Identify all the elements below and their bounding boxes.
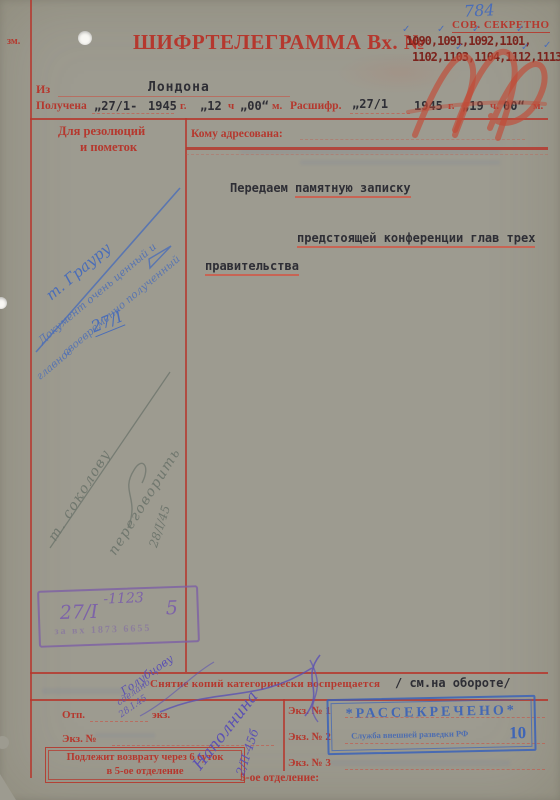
scanned-telegram-page: зм. 784 СОВ. СЕКРЕТНО ШИФРТЕЛЕГРАММА Вх.… bbox=[0, 0, 560, 800]
resolution-text-3: главное bbox=[34, 345, 75, 382]
declassified-stamp: *РАССЕКРЕЧЕНО* Служба внешней разведки Р… bbox=[326, 695, 536, 755]
min-suffix-2: м. bbox=[533, 100, 543, 112]
check-icon: ✓ bbox=[521, 42, 529, 53]
addressee-rule bbox=[186, 147, 548, 150]
handwritten-reg-number: 784 bbox=[464, 0, 495, 21]
copy-3-label: Экз. № 3 bbox=[288, 757, 331, 769]
incoming-numbers-line1: 1090,1091,1092,1101, bbox=[406, 34, 531, 48]
hole-punch bbox=[78, 31, 92, 45]
message-line3: правительства bbox=[205, 259, 299, 276]
pencil-note-date: 28/I/45 bbox=[146, 504, 173, 550]
check-icon: ✓ bbox=[402, 24, 410, 35]
paper-notch bbox=[0, 736, 9, 749]
header-rule bbox=[30, 118, 548, 120]
check-icon: ✓ bbox=[543, 40, 551, 51]
min-suffix-1: м. bbox=[272, 100, 282, 112]
secrecy-stamp-label: СОВ. СЕКРЕТНО bbox=[452, 19, 550, 33]
deciphered-date-line bbox=[350, 112, 410, 114]
resolution-date: 27/I bbox=[88, 307, 125, 338]
resolutions-header-line2: и пометок bbox=[80, 140, 137, 155]
year-suffix-1: г. bbox=[180, 100, 187, 112]
deciphered-date: „27/1 bbox=[352, 97, 388, 111]
return-instruction-line2: в 5-ое отделение bbox=[46, 765, 244, 779]
printed-copies-line bbox=[90, 720, 148, 722]
copy-1-label: Экз. № 1 bbox=[288, 705, 331, 717]
registration-stamp-faint-text: за вх 1873 6655 bbox=[54, 623, 151, 637]
check-icon: ✓ bbox=[472, 24, 480, 35]
message-line1: Передаем памятную записку bbox=[230, 181, 411, 195]
bleedthrough-smudge bbox=[330, 760, 510, 766]
registration-stamp-number: -1123 bbox=[103, 590, 144, 607]
message-line2: предстоящей конференции глав трех bbox=[297, 231, 535, 248]
hour-suffix-2: ч. bbox=[490, 100, 499, 112]
resolutions-header-line1: Для резолюций bbox=[58, 124, 145, 139]
copy-number-label: Экз. № bbox=[62, 733, 97, 745]
year-suffix-2: г. bbox=[448, 100, 455, 112]
pencil-note-addressee: т. соколову bbox=[45, 446, 114, 544]
received-date: „27/1- bbox=[94, 99, 137, 113]
incoming-numbers-line2: 1102,1103,1104,1112,1113 bbox=[412, 50, 560, 64]
addressee-value-line bbox=[300, 138, 525, 140]
deciphered-year: 1945 bbox=[414, 99, 443, 113]
addressee-label: Кому адресована: bbox=[191, 128, 283, 140]
footer-divider-rule bbox=[283, 699, 285, 771]
bleedthrough-smudge bbox=[95, 733, 155, 738]
received-hour: „12 bbox=[200, 99, 222, 113]
registration-stamp-copy: 5 bbox=[165, 597, 178, 619]
addressee-rule-2 bbox=[186, 153, 548, 155]
printed-copies-label: Отп. bbox=[62, 709, 85, 721]
deciphered-label: Расшифр. bbox=[290, 100, 341, 112]
check-icon: ✓ bbox=[516, 24, 524, 35]
hour-suffix-1: ч bbox=[228, 100, 234, 112]
bleedthrough-smudge bbox=[300, 160, 500, 165]
no-copies-warning: Снятие копий категорически воспрещается bbox=[150, 678, 380, 690]
declassified-stamp-number: 10 bbox=[509, 723, 526, 743]
from-value: Лондона bbox=[148, 80, 210, 95]
registration-stamp-date: 27/I bbox=[59, 601, 98, 624]
hole-punch bbox=[0, 297, 7, 309]
check-icon: ✓ bbox=[437, 24, 445, 35]
received-label: Получена bbox=[36, 100, 87, 112]
pencil-note-text: переговорить bbox=[105, 445, 184, 558]
registration-stamp: -1123 27/I 5 за вх 1873 6655 bbox=[37, 585, 200, 648]
footer-top-rule bbox=[30, 672, 548, 674]
copy-2-label: Экз. № 2 bbox=[288, 731, 331, 743]
received-year: 1945 bbox=[148, 99, 177, 113]
message-line1-underlined: памятную записку bbox=[295, 181, 411, 198]
received-min: „00“ bbox=[240, 99, 269, 113]
paper-corner bbox=[0, 774, 16, 800]
corner-note: зм. bbox=[7, 36, 20, 47]
department-label: 5-ое отделение: bbox=[240, 772, 319, 784]
printed-copies-suffix: экз. bbox=[152, 709, 170, 721]
from-underline bbox=[58, 95, 290, 97]
from-label: Из bbox=[36, 82, 50, 97]
deciphered-hour: „19 bbox=[462, 99, 484, 113]
deciphered-min: 00“ bbox=[503, 99, 525, 113]
copy-3-line bbox=[345, 768, 545, 770]
form-title: ШИФРТЕЛЕГРАММА Вх. № bbox=[133, 30, 425, 55]
left-margin-rule bbox=[30, 0, 32, 778]
see-reverse-note: / см.на обороте/ bbox=[395, 676, 511, 690]
check-icon: ✓ bbox=[455, 42, 463, 53]
message-line1-plain: Передаем bbox=[230, 181, 288, 195]
